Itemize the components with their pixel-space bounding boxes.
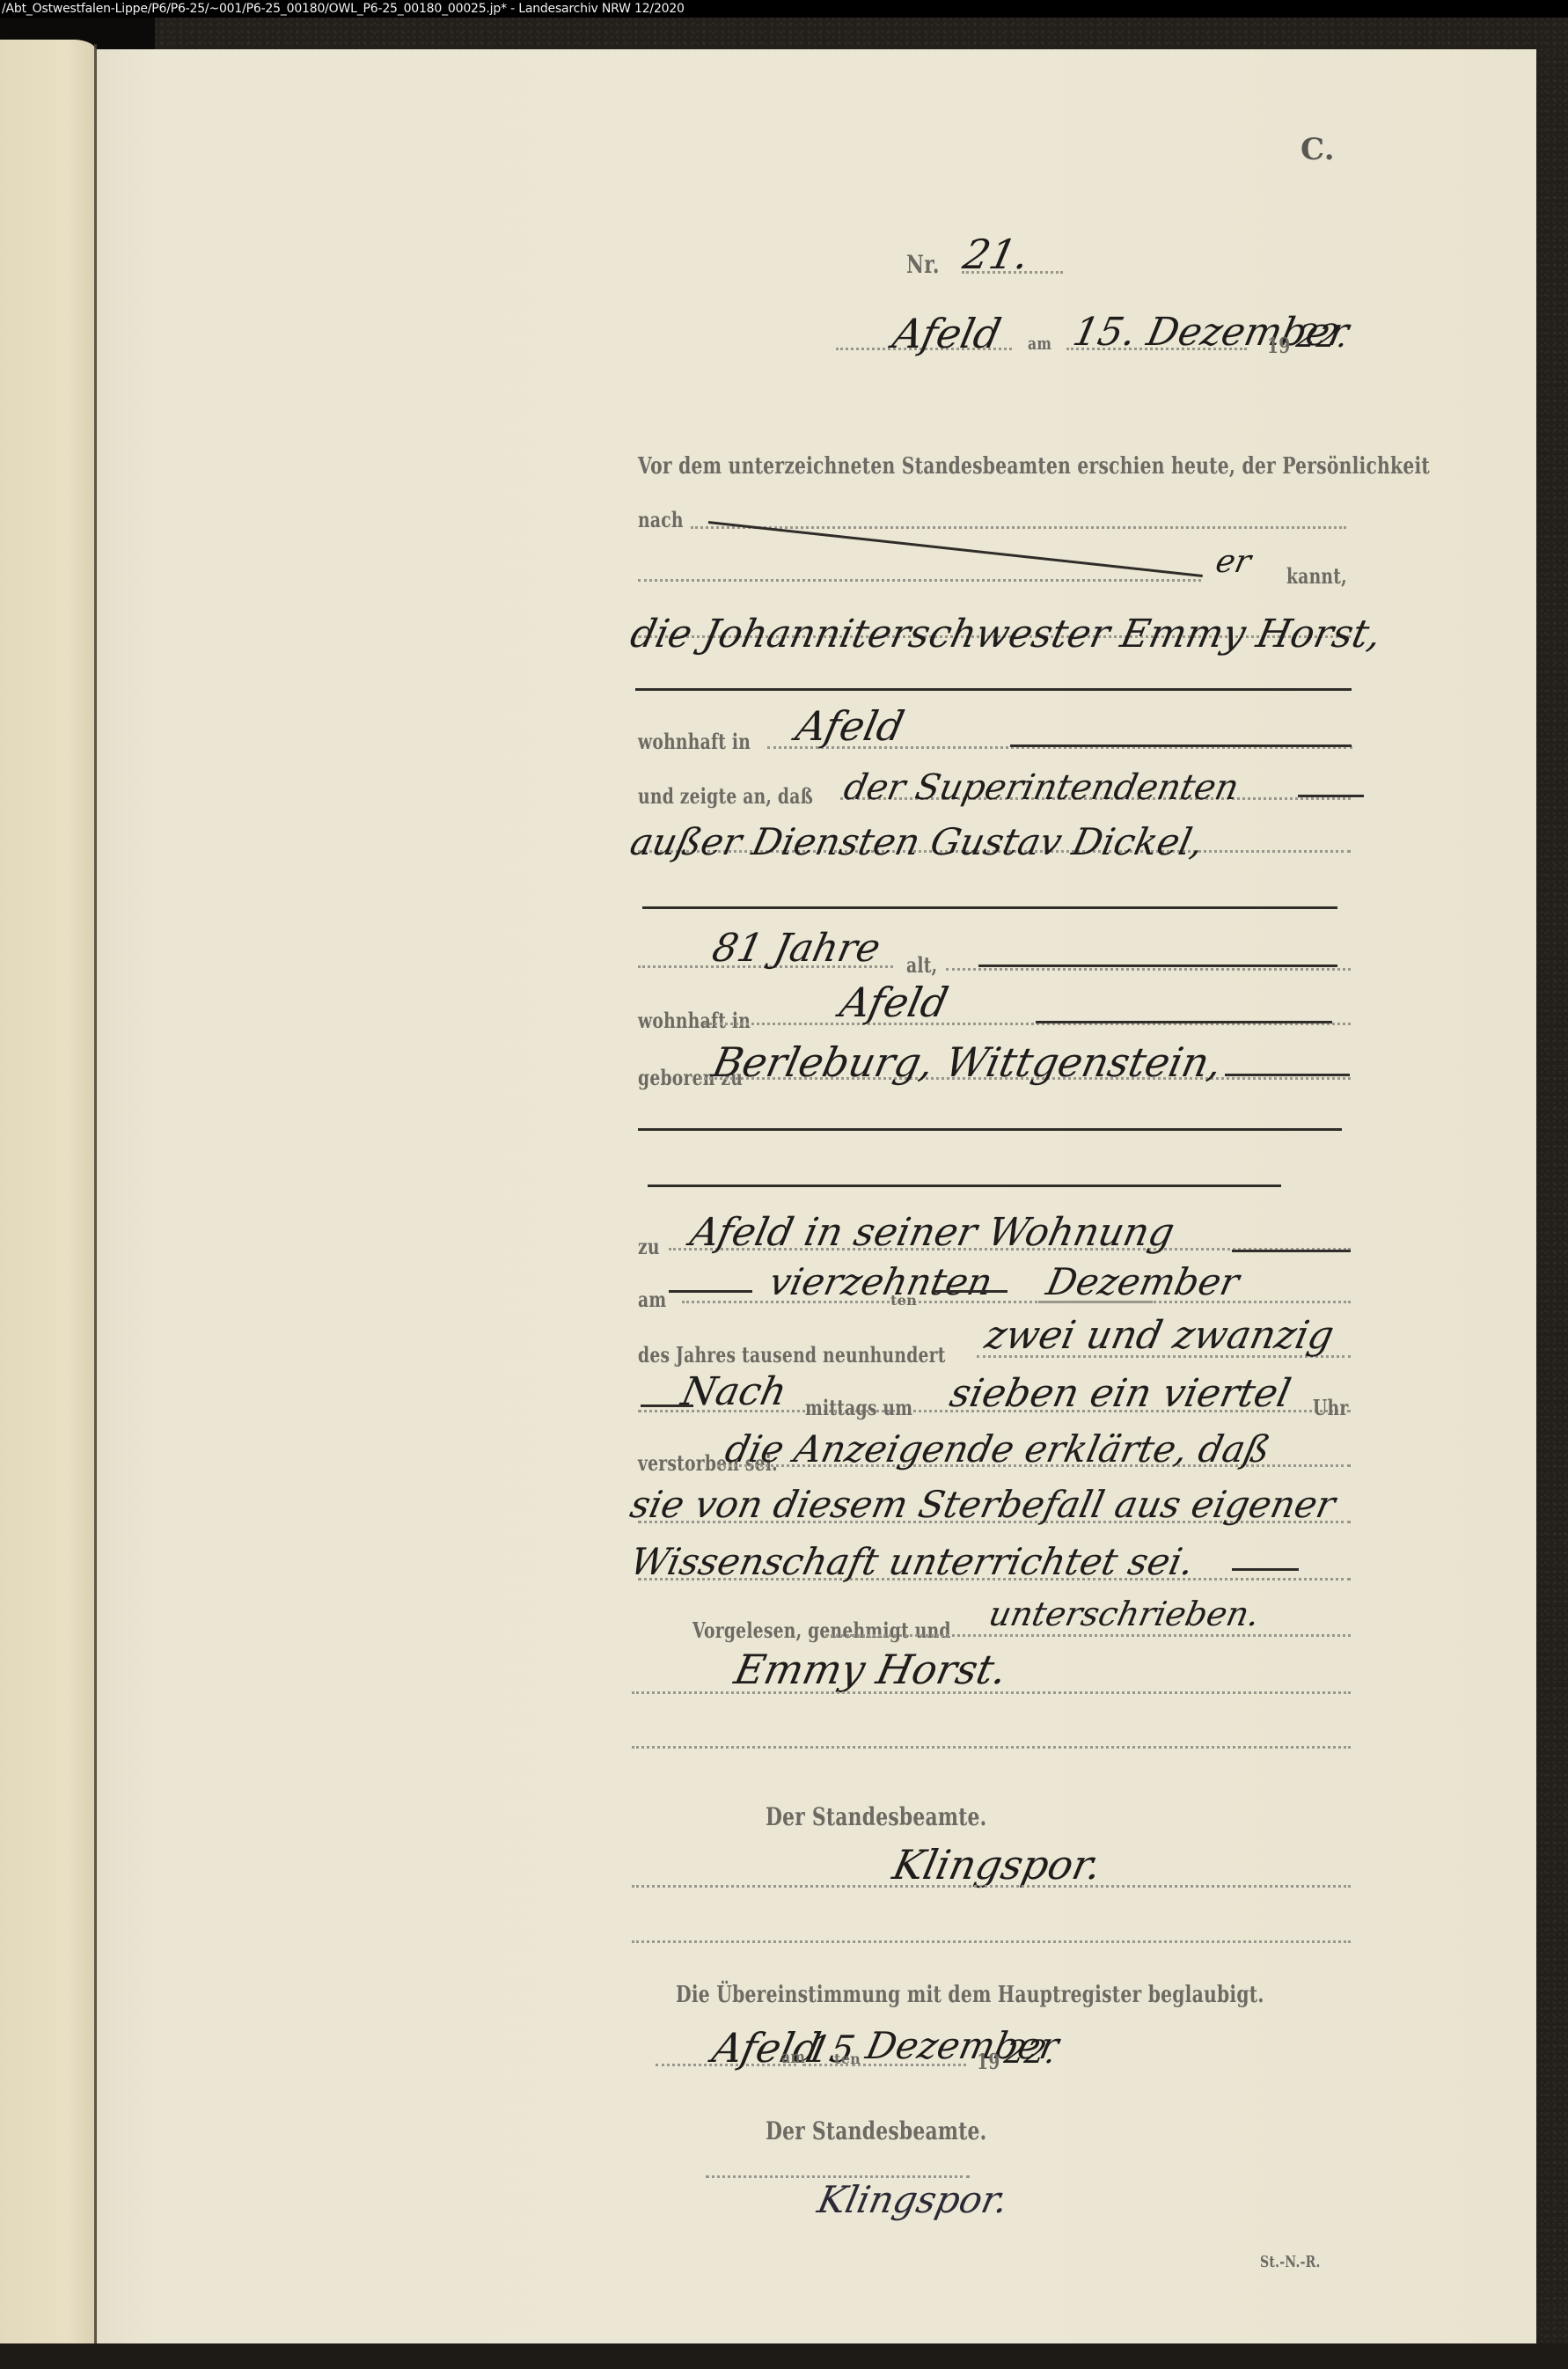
registrar-label: Der Standesbeamte.	[766, 1802, 987, 1831]
nach-field-line	[691, 526, 1346, 529]
death-place-fill	[1232, 1250, 1351, 1252]
cert-year-prefix: 19	[977, 2049, 1000, 2074]
read-label: Vorgelesen, genehmigt und	[692, 1617, 951, 1643]
deceased-description-1: der Superintendenten	[840, 767, 1242, 808]
informant-name: die Johanniterschwester Emmy Horst,	[626, 612, 1385, 656]
death-day-label: am	[638, 1287, 666, 1312]
number-field-line	[962, 271, 1063, 274]
deceased-age: 81 Jahre	[708, 926, 884, 971]
number-label: Nr.	[906, 250, 940, 279]
remark-line-3-text: Wissenschaft unterrichtet sei.	[626, 1540, 1198, 1583]
section-letter: C.	[1301, 132, 1335, 167]
time-label: mittags um	[805, 1395, 912, 1420]
am-label: am	[1028, 333, 1051, 354]
deceased-residence-label: wohnhaft in	[638, 1008, 751, 1033]
uhr-label: Uhr	[1313, 1395, 1349, 1420]
cert-registrar-signature: Klingspor.	[814, 2178, 1012, 2221]
remark-line-3-fill	[1232, 1568, 1299, 1571]
read-line	[825, 1634, 1351, 1637]
informant-residence-fill	[1010, 744, 1352, 747]
announced-label: und zeigte an, daß	[638, 783, 813, 809]
blank-line-2	[642, 906, 1337, 909]
backdrop-bottom	[0, 2343, 1568, 2369]
remark-line-2-text: sie von diesem Sterbefall aus eigener	[626, 1483, 1339, 1526]
year-prefix: 19	[1267, 333, 1291, 358]
year-label: des Jahres tausend neunhundert	[638, 1342, 946, 1368]
blank-line-4	[648, 1184, 1281, 1187]
death-place: Afeld in seiner Wohnung	[686, 1210, 1178, 1255]
death-month-line	[1038, 1301, 1351, 1303]
cert-year-suffix: 22.	[1001, 2035, 1059, 2071]
deceased-description-2: außer Diensten Gustav Dickel,	[626, 820, 1207, 863]
age-label: alt,	[906, 952, 937, 978]
preamble-text: Vor dem unterzeichneten Standesbeamten e…	[638, 453, 1430, 480]
death-month: Dezember	[1043, 1260, 1243, 1303]
death-day-dash-left	[669, 1290, 752, 1293]
window-title-bar: /Abt_Ostwestfalen-Lippe/P6/P6-25/~001/P6…	[0, 0, 1568, 18]
death-day: vierzehnten	[766, 1260, 996, 1303]
death-year-words: zwei und zwanzig	[981, 1313, 1337, 1358]
blank-dotted-line-1	[632, 1746, 1351, 1749]
deceased-line-1-fill	[1298, 795, 1364, 797]
age-after-line	[946, 968, 1351, 971]
year-suffix: 22.	[1293, 319, 1352, 355]
read-value: unterschrieben.	[985, 1595, 1264, 1633]
registrar-signature-line	[632, 1885, 1351, 1888]
deceased-residence-fill	[1036, 1021, 1332, 1023]
birth-place: Berleburg, Wittgenstein,	[708, 1038, 1227, 1086]
left-page-edge	[0, 40, 97, 2345]
book-gutter	[94, 44, 97, 2345]
nach-label: nach	[638, 507, 684, 532]
blank-line-3	[638, 1128, 1342, 1131]
kannt-label: kannt,	[1286, 563, 1347, 589]
known-field-line	[638, 579, 1201, 582]
informant-signature: Emmy Horst.	[730, 1646, 1011, 1693]
kannt-prefix: er	[1213, 544, 1254, 580]
age-fill	[978, 964, 1337, 967]
blank-dotted-line-2	[632, 1940, 1351, 1943]
death-place-label: zu	[638, 1234, 660, 1259]
certification-text: Die Übereinstimmung mit dem Hauptregiste…	[676, 1982, 1264, 2008]
informant-residence: Afeld	[792, 702, 908, 750]
registrar-signature: Klingspor.	[889, 1841, 1106, 1889]
death-day-dash-right	[933, 1290, 1007, 1293]
cert-registrar-label: Der Standesbeamte.	[766, 2116, 987, 2145]
registration-place: Afeld	[889, 310, 1005, 357]
time-prefix: Nach	[678, 1369, 791, 1414]
window-title: /Abt_Ostwestfalen-Lippe/P6/P6-25/~001/P6…	[2, 2, 685, 16]
informant-signature-line	[632, 1691, 1351, 1694]
time-value: sieben ein viertel	[946, 1371, 1294, 1416]
remark-line-1-text: die Anzeigende erklärte, daß	[722, 1427, 1274, 1471]
informant-residence-label: wohnhaft in	[638, 729, 751, 754]
born-fill	[1225, 1074, 1350, 1076]
form-code: St.-N.-R.	[1260, 2253, 1321, 2271]
deceased-residence: Afeld	[836, 979, 952, 1026]
blank-line-1	[635, 688, 1352, 691]
